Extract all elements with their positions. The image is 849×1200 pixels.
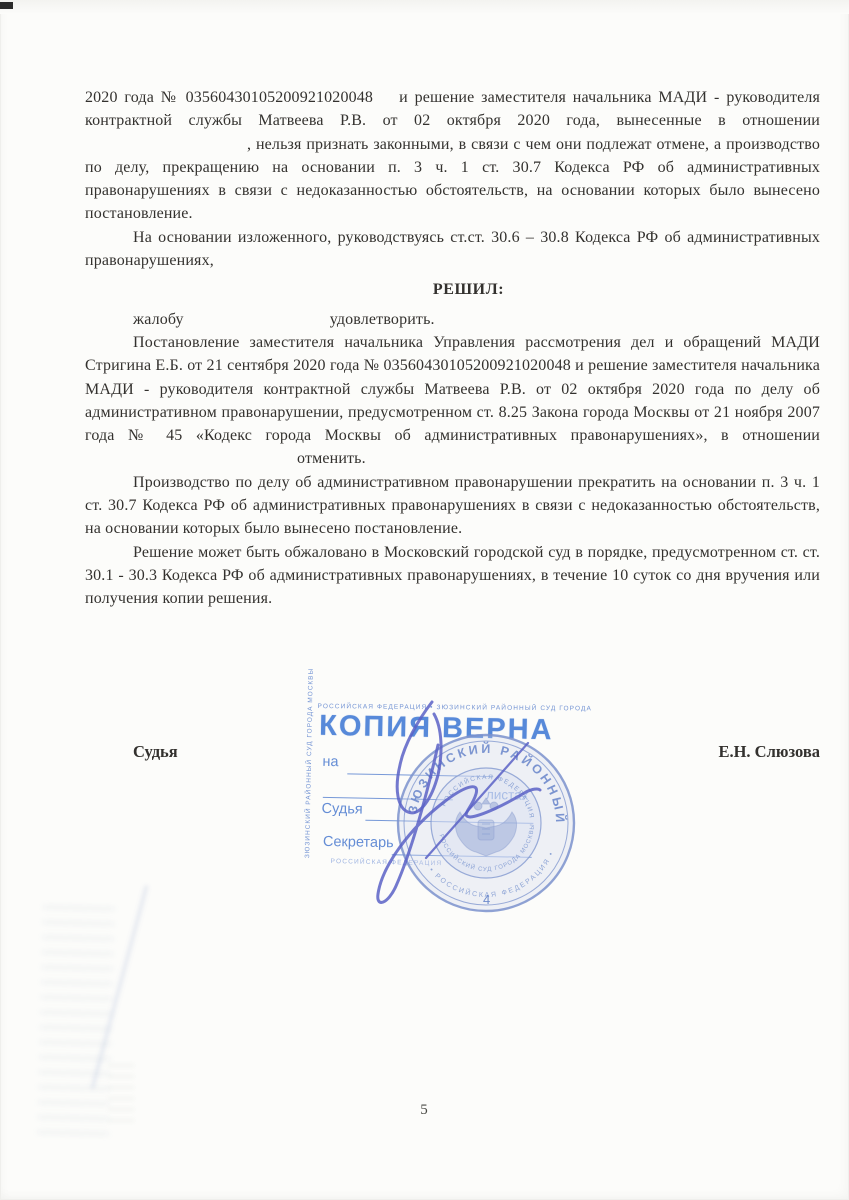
paragraph-text: жалобу: [133, 311, 184, 328]
bleed-through-artifact: [37, 899, 115, 1136]
paragraph-text: Постановление заместителя начальника Упр…: [85, 334, 820, 444]
scanned-court-decision-page: 2020 года № 03560430105200921020048и реш…: [0, 0, 849, 1200]
case-number-text: 2020 года № 03560430105200921020048: [85, 89, 373, 106]
redacted-name-gap: [184, 323, 330, 324]
redaction-gap: [373, 101, 399, 102]
paragraph-legal-basis: На основании изложенного, руководствуясь…: [85, 226, 820, 273]
scan-top-edge: [0, 0, 849, 14]
bleed-through-artifact: [108, 1060, 134, 1122]
paragraph-text: отменить.: [297, 450, 366, 467]
paragraph-text: , нельзя признать законными, в связи с ч…: [85, 136, 820, 223]
redacted-name-gap: [85, 462, 297, 463]
paragraph-ruling-grounds: 2020 года № 03560430105200921020048и реш…: [85, 86, 820, 226]
decision-heading: РЕШИЛ:: [101, 278, 836, 301]
paragraph-complaint-satisfied: жалобуудовлетворить.: [85, 308, 820, 331]
judge-label: Судья: [133, 742, 178, 762]
paragraph-resolution-annulment: Постановление заместителя начальника Упр…: [85, 331, 820, 471]
paragraph-appeal-rights: Решение может быть обжаловано в Московск…: [85, 541, 820, 611]
redacted-name-gap: [85, 148, 247, 149]
document-body: 2020 года № 03560430105200921020048и реш…: [85, 86, 820, 611]
judge-signature-ink: [330, 690, 590, 920]
scan-corner-artifact: [0, 2, 13, 9]
paragraph-text: удовлетворить.: [330, 311, 435, 328]
stamp-border-text-left: ЗЮЗИНСКИЙ РАЙОННЫЙ СУД ГОРОДА МОСКВЫ: [304, 708, 314, 858]
judge-name: Е.Н. Слюзова: [718, 742, 820, 762]
paragraph-proceedings-terminated: Производство по делу об административном…: [85, 471, 820, 541]
